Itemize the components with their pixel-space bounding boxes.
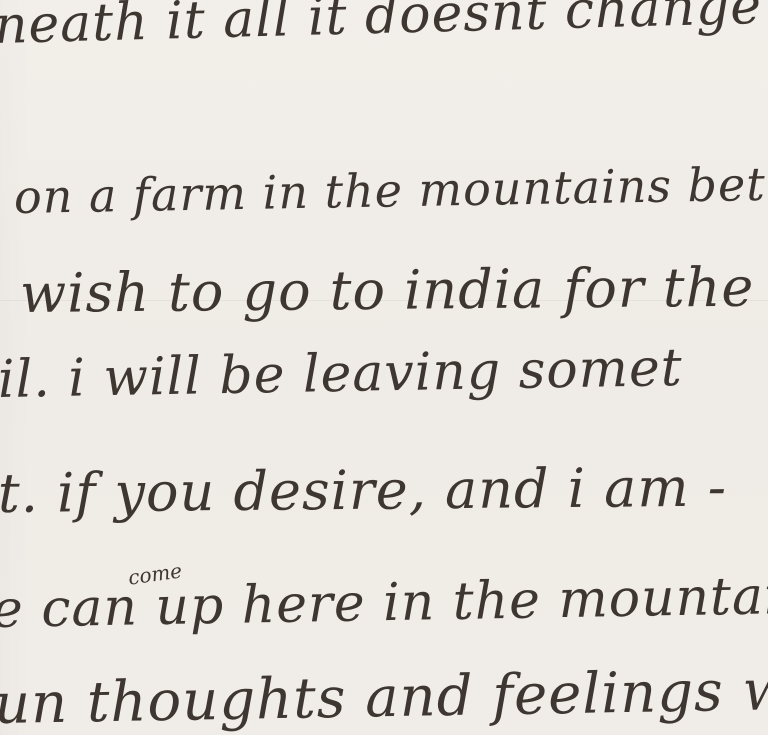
handwritten-line-5: t. if you desire, and i am - bbox=[0, 456, 727, 525]
handwritten-line-4: il. i will be leaving somet bbox=[0, 338, 683, 410]
handwritten-line-3: wish to go to india for the bbox=[20, 256, 755, 325]
